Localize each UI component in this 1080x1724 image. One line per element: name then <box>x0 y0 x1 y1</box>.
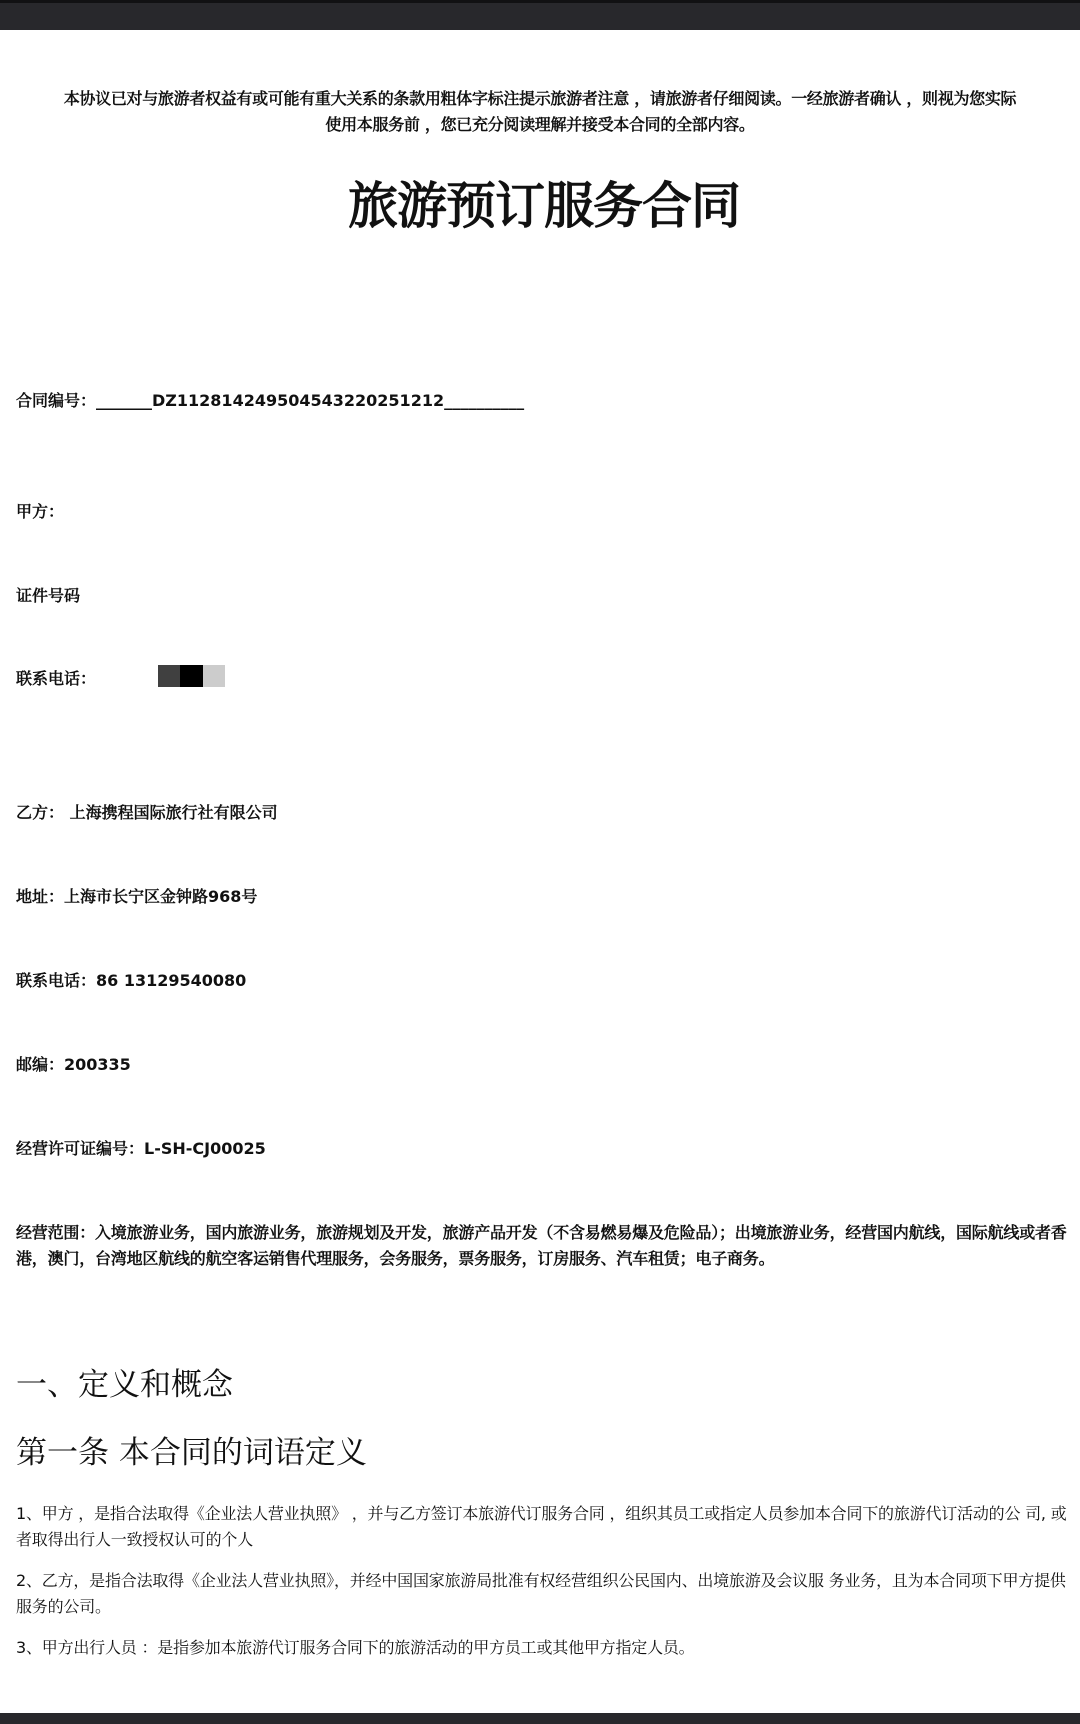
redacted-phone-block-1 <box>158 665 180 687</box>
party-b-address-field: 地址：上海市长宁区金钟路968号 <box>16 886 257 908</box>
definition-item-2: 2、乙方，是指合法取得《企业法人营业执照》，并经中国国家旅游局批准有权经营组织公… <box>16 1568 1072 1619</box>
postcode-field: 邮编：200335 <box>16 1054 131 1076</box>
business-scope: 经营范围：入境旅游业务，国内旅游业务，旅游规划及开发，旅游产品开发（不含易燃易爆… <box>16 1220 1072 1272</box>
party-a-id-label: 证件号码 <box>16 585 80 607</box>
phone-value: 86 13129540080 <box>96 971 246 990</box>
address-label: 地址： <box>16 887 64 906</box>
notice-text: 本协议已对与旅游者权益有或可能有重大关系的条款用粗体字标注提示旅游者注意 ，请旅… <box>60 86 1020 138</box>
definition-item-3: 3、甲方出行人员 ：是指参加本旅游代订服务合同下的旅游活动的甲方员工或其他甲方指… <box>16 1635 1072 1661</box>
contract-title: 旅游预订服务合同 <box>0 174 1080 238</box>
postcode-value: 200335 <box>64 1055 131 1074</box>
party-a-phone-label: 联系电话： <box>16 668 96 690</box>
party-b-name: 上海携程国际旅行社有限公司 <box>70 803 278 822</box>
license-label: 经营许可证编号： <box>16 1139 144 1158</box>
section-heading: 一、定义和概念 <box>16 1364 233 1406</box>
address-value: 上海市长宁区金钟路968号 <box>64 887 257 906</box>
contract-number-value: _______DZ112814249504543220251212_______… <box>96 391 524 410</box>
top-bar <box>0 0 1080 30</box>
party-b-phone-field: 联系电话：86 13129540080 <box>16 970 246 992</box>
redacted-phone-block-3 <box>203 665 225 687</box>
bottom-bar <box>0 1713 1080 1724</box>
license-value: L-SH-CJ00025 <box>144 1139 266 1158</box>
redacted-phone-block-2 <box>180 665 203 687</box>
party-a-label: 甲方： <box>16 501 64 523</box>
party-b-label: 乙方： <box>16 803 64 822</box>
article-heading: 第一条 本合同的词语定义 <box>16 1432 367 1474</box>
license-field: 经营许可证编号：L-SH-CJ00025 <box>16 1138 266 1160</box>
contract-number-label: 合同编号： <box>16 391 96 410</box>
contract-number-field: 合同编号：_______DZ112814249504543220251212__… <box>16 390 524 412</box>
definition-item-1: 1、甲方 ，是指合法取得《企业法人营业执照》 ，并与乙方签订本旅游代订服务合同 … <box>16 1501 1072 1552</box>
postcode-label: 邮编： <box>16 1055 64 1074</box>
phone-label: 联系电话： <box>16 971 96 990</box>
party-b-field: 乙方： 上海携程国际旅行社有限公司 <box>16 802 278 824</box>
